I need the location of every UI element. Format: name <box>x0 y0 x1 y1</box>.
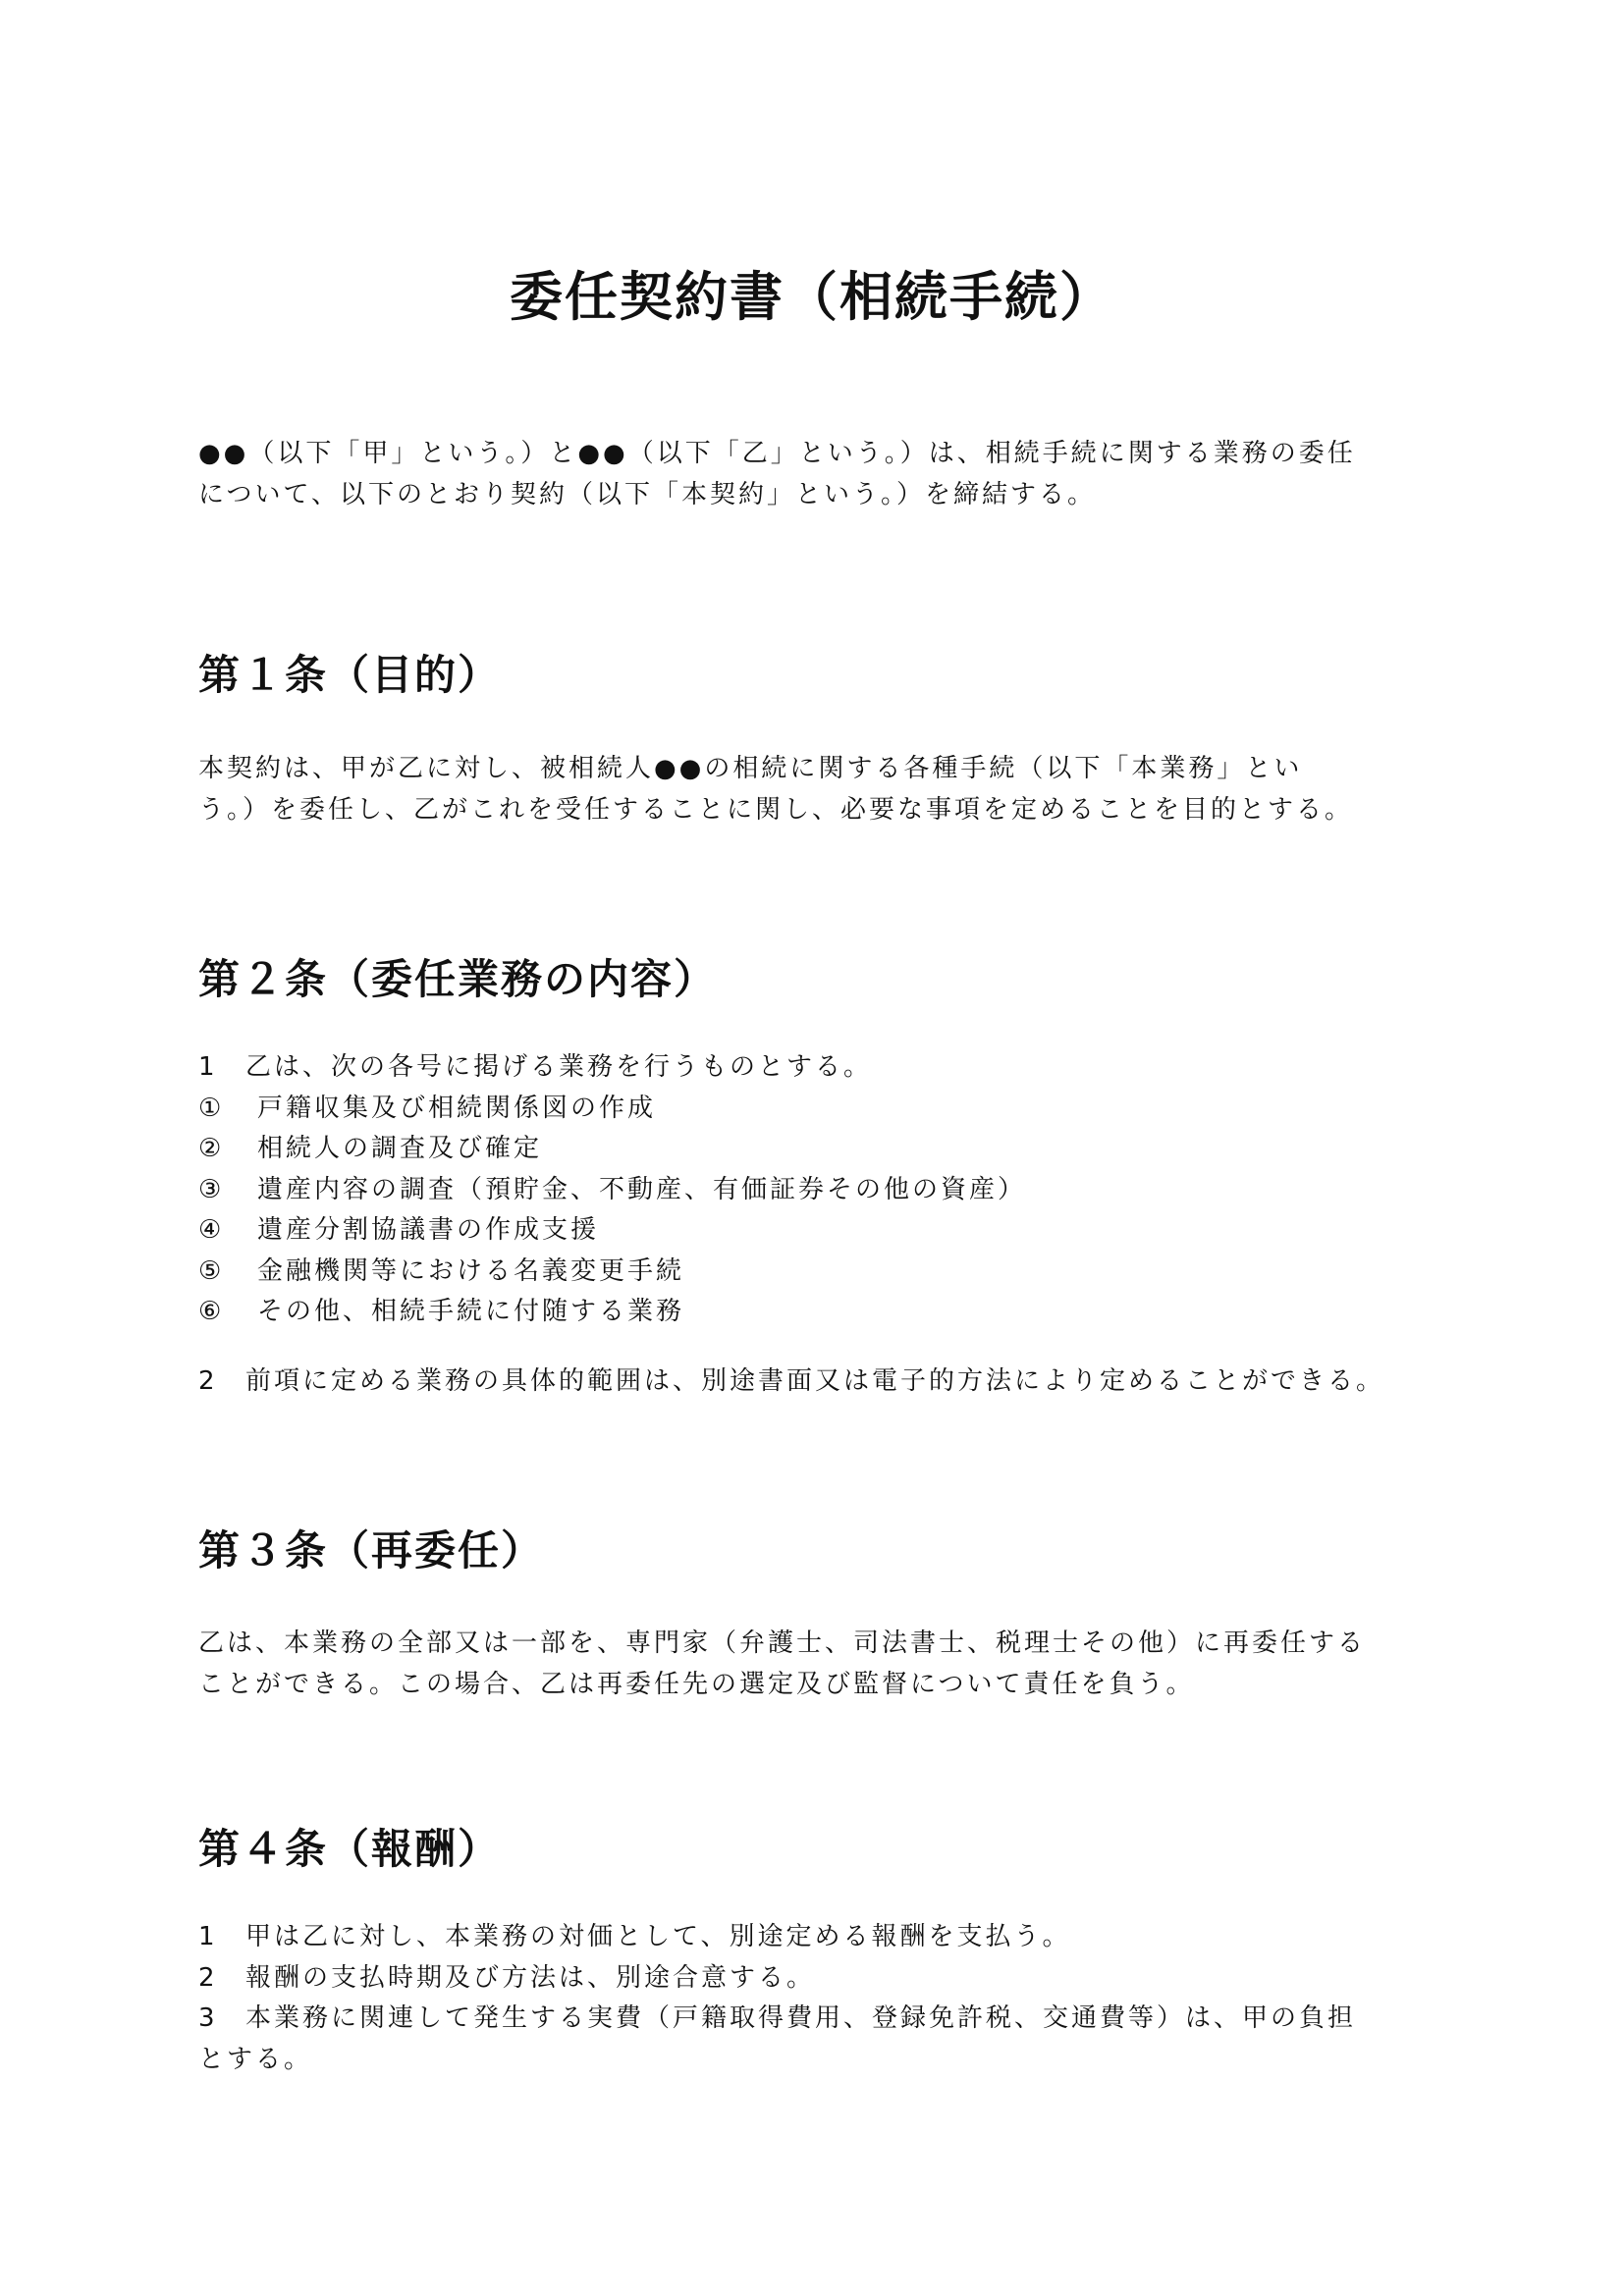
item-text: 相続人の調査及び確定 <box>257 1134 542 1163</box>
preamble-line: について、以下のとおり契約（以下「本契約」という。）を締結する。 <box>198 474 1445 515</box>
article-4-body: 1甲は乙に対し、本業務の対価として、別途定める報酬を支払う。 2報酬の支払時期及… <box>198 1917 1445 2080</box>
clause-number: 2 <box>198 1958 245 2000</box>
article-2-clause-2: 2前項に定める業務の具体的範囲は、別途書面又は電子的方法により定めることができる… <box>198 1362 1445 1403</box>
list-item: ⑤金融機関等における名義変更手続 <box>198 1252 1445 1293</box>
clause: 1甲は乙に対し、本業務の対価として、別途定める報酬を支払う。 <box>198 1917 1445 1958</box>
item-text: 戸籍収集及び相続関係図の作成 <box>257 1094 656 1123</box>
article-line: 乙は、本業務の全部又は一部を、専門家（弁護士、司法書士、税理士その他）に再委任す… <box>198 1623 1445 1664</box>
clause-number: 2 <box>198 1362 245 1403</box>
list-item: ④遺産分割協議書の作成支援 <box>198 1210 1445 1252</box>
item-marker: ⑥ <box>198 1292 257 1333</box>
item-marker: ① <box>198 1089 257 1130</box>
preamble: ●●（以下「甲」という。）と●●（以下「乙」という。）は、相続手続に関する業務の… <box>198 433 1445 515</box>
clause: 3本業務に関連して発生する実費（戸籍取得費用、登録免許税、交通費等）は、甲の負担 <box>198 1999 1445 2040</box>
clause: 1乙は、次の各号に掲げる業務を行うものとする。 <box>198 1047 1445 1089</box>
item-marker: ⑤ <box>198 1252 257 1293</box>
item-text: 金融機関等における名義変更手続 <box>257 1256 684 1286</box>
list-item: ②相続人の調査及び確定 <box>198 1129 1445 1170</box>
article-2: 第２条（委任業務の内容） <box>198 952 1445 1007</box>
preamble-line: ●●（以下「甲」という。）と●●（以下「乙」という。）は、相続手続に関する業務の… <box>198 433 1445 474</box>
article-1-body: 本契約は、甲が乙に対し、被相続人●●の相続に関する各種手続（以下「本業務」とい … <box>198 748 1445 830</box>
clause-text: 本業務に関連して発生する実費（戸籍取得費用、登録免許税、交通費等）は、甲の負担 <box>245 2003 1356 2033</box>
clause-number: 1 <box>198 1047 245 1089</box>
clause-continuation: とする。 <box>198 2040 1445 2081</box>
article-line: ことができる。この場合、乙は再委任先の選定及び監督について責任を負う。 <box>198 1664 1445 1705</box>
article-line: う。）を委任し、乙がこれを受任することに関し、必要な事項を定めることを目的とする… <box>198 789 1445 830</box>
clause-text: 前項に定める業務の具体的範囲は、別途書面又は電子的方法により定めることができる。 <box>245 1366 1384 1396</box>
article-4: 第４条（報酬） <box>198 1822 1445 1877</box>
clause-text: 報酬の支払時期及び方法は、別途合意する。 <box>245 1963 815 1993</box>
article-3: 第３条（再委任） <box>198 1523 1445 1578</box>
clause-text: 乙は、次の各号に掲げる業務を行うものとする。 <box>245 1052 872 1082</box>
document-page: 委任契約書（相続手続） ●●（以下「甲」という。）と●●（以下「乙」という。）は… <box>0 0 1624 2296</box>
list-item: ①戸籍収集及び相続関係図の作成 <box>198 1089 1445 1130</box>
article-heading: 第３条（再委任） <box>198 1523 1445 1578</box>
clause-number: 3 <box>198 1999 245 2040</box>
article-heading: 第１条（目的） <box>198 648 1445 703</box>
article-3-body: 乙は、本業務の全部又は一部を、専門家（弁護士、司法書士、税理士その他）に再委任す… <box>198 1623 1445 1705</box>
item-text: その他、相続手続に付随する業務 <box>257 1297 684 1326</box>
item-marker: ② <box>198 1129 257 1170</box>
list-item: ⑥その他、相続手続に付随する業務 <box>198 1292 1445 1333</box>
list-item: ③遺産内容の調査（預貯金、不動産、有価証券その他の資産） <box>198 1170 1445 1211</box>
document-title: 委任契約書（相続手続） <box>0 263 1624 332</box>
item-marker: ③ <box>198 1170 257 1211</box>
clause: 2前項に定める業務の具体的範囲は、別途書面又は電子的方法により定めることができる… <box>198 1362 1445 1403</box>
clause: 2報酬の支払時期及び方法は、別途合意する。 <box>198 1958 1445 2000</box>
item-text: 遺産内容の調査（預貯金、不動産、有価証券その他の資産） <box>257 1175 1026 1204</box>
article-heading: 第２条（委任業務の内容） <box>198 952 1445 1007</box>
clause-number: 1 <box>198 1917 245 1958</box>
item-marker: ④ <box>198 1210 257 1252</box>
article-heading: 第４条（報酬） <box>198 1822 1445 1877</box>
article-2-body: 1乙は、次の各号に掲げる業務を行うものとする。 ①戸籍収集及び相続関係図の作成 … <box>198 1047 1445 1333</box>
clause-text: 甲は乙に対し、本業務の対価として、別途定める報酬を支払う。 <box>245 1922 1070 1951</box>
item-text: 遺産分割協議書の作成支援 <box>257 1215 599 1245</box>
article-line: 本契約は、甲が乙に対し、被相続人●●の相続に関する各種手続（以下「本業務」とい <box>198 748 1445 789</box>
article-1: 第１条（目的） <box>198 648 1445 703</box>
